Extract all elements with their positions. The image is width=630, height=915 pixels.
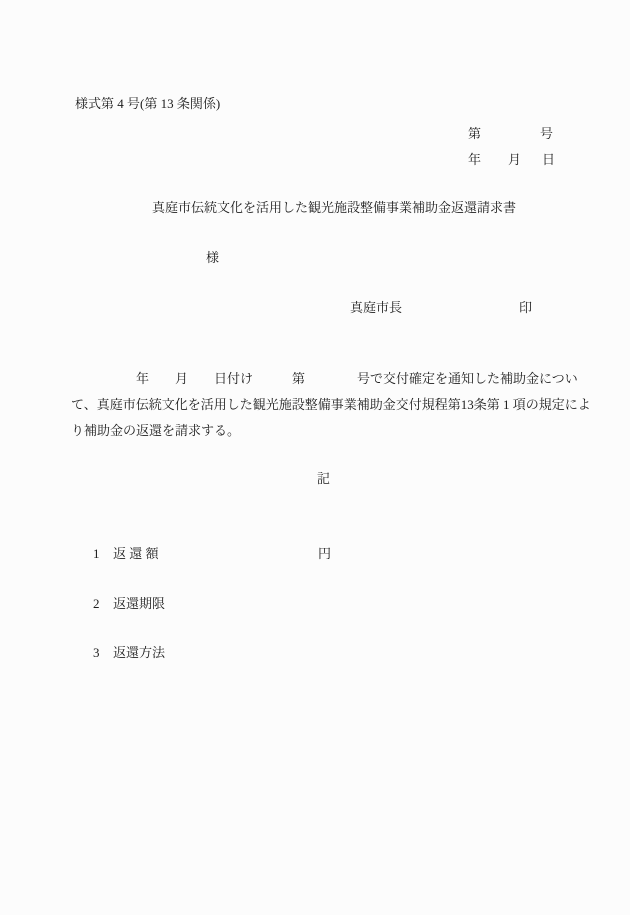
sender-title: 真庭市長 [350, 300, 402, 315]
form-number-label: 様式第 4 号(第 13 条関係) [75, 96, 220, 111]
issue-number-suffix: 号 [540, 126, 553, 141]
document-title: 真庭市伝統文化を活用した観光施設整備事業補助金返還請求書 [152, 200, 516, 215]
date-month-label: 月 [508, 152, 521, 167]
issue-number-prefix: 第 [468, 126, 481, 141]
addressee-honorific: 様 [206, 250, 219, 265]
item-2-number: 2 [93, 596, 100, 611]
date-year-label: 年 [468, 152, 481, 167]
date-day-label: 日 [542, 152, 555, 167]
seal-mark: 印 [519, 300, 532, 315]
body-paragraph-line-1: 年 月 日付け 第 号で交付確定を通知した補助金につい [71, 371, 578, 386]
body-paragraph-line-3: り補助金の返還を請求する。 [71, 423, 240, 438]
item-3-number: 3 [93, 645, 100, 660]
body-paragraph-line-2: て、真庭市伝統文化を活用した観光施設整備事業補助金交付規程第13条第 1 項の規… [71, 397, 591, 412]
item-1-unit: 円 [318, 546, 331, 561]
record-marker: 記 [317, 471, 330, 486]
item-2-label: 返還期限 [113, 596, 165, 611]
item-3-label: 返還方法 [113, 645, 165, 660]
item-1-label: 返 還 額 [113, 546, 159, 561]
document-page: 様式第 4 号(第 13 条関係) 第 号 年 月 日 真庭市伝統文化を活用した… [0, 0, 630, 915]
item-1-number: 1 [93, 546, 100, 561]
